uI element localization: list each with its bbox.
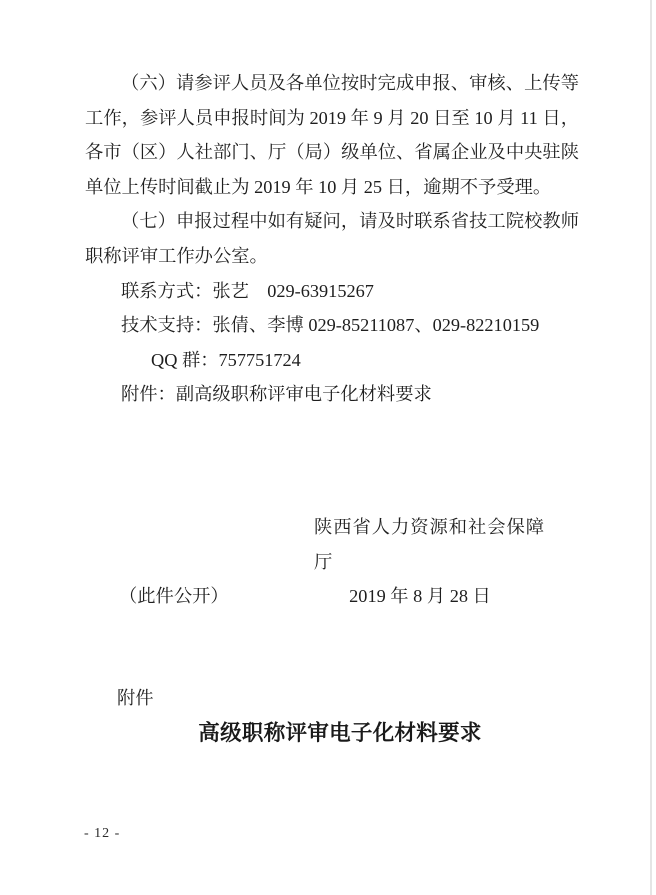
scan-edge-line — [650, 0, 652, 895]
page-number: - 12 - — [84, 824, 120, 844]
publicity-note: （此件公开） — [85, 579, 579, 614]
contact-line: 联系方式：张艺 029-63915267 — [85, 274, 579, 309]
document-body: （六）请参评人员及各单位按时完成申报、审核、上传等 工作，参评人员申报时间为 2… — [85, 66, 579, 412]
body-line-6: 职称评审工作办公室。 — [85, 239, 579, 274]
attachment-reference-line: 附件：副高级职称评审电子化材料要求 — [85, 377, 579, 412]
qq-group-line: QQ 群：757751724 — [85, 343, 579, 378]
body-line-1: （六）请参评人员及各单位按时完成申报、审核、上传等 — [85, 66, 579, 101]
document-page: （六）请参评人员及各单位按时完成申报、审核、上传等 工作，参评人员申报时间为 2… — [0, 0, 656, 895]
body-line-5: （七）申报过程中如有疑问，请及时联系省技工院校教师 — [85, 204, 579, 239]
issuing-authority: 陕西省人力资源和社会保障厅 — [314, 510, 544, 579]
tech-support-line: 技术支持：张倩、李博 029-85211087、029-82210159 — [85, 308, 579, 343]
body-line-2: 工作，参评人员申报时间为 2019 年 9 月 20 日至 10 月 11 日， — [85, 101, 579, 136]
body-line-4: 单位上传时间截止为 2019 年 10 月 25 日，逾期不予受理。 — [85, 170, 579, 205]
attachment-title: 高级职称评审电子化材料要求 — [85, 716, 579, 751]
attachment-label: 附件 — [117, 681, 154, 716]
body-line-3: 各市（区）人社部门、厅（局）级单位、省属企业及中央驻陕 — [85, 135, 579, 170]
